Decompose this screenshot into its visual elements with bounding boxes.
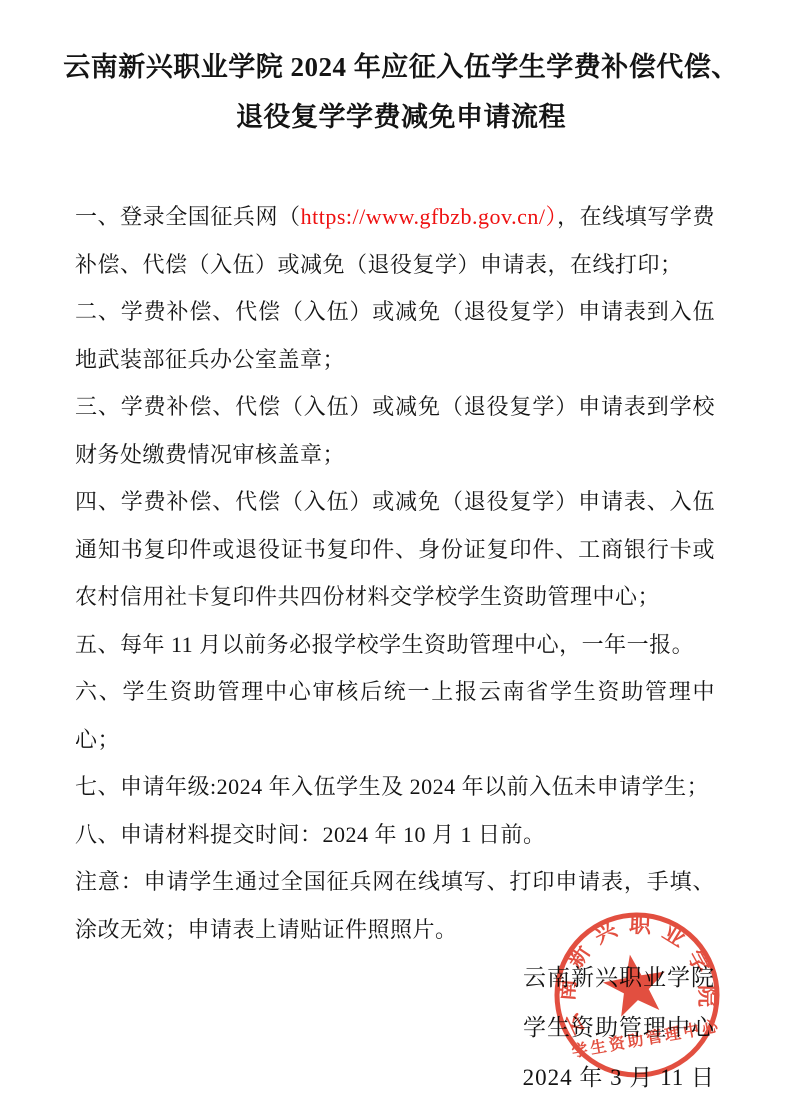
text-run: 注意：申请学生通过全国征兵网在线填写、打印申请表，手填、涂改无效；申请表上请贴证… xyxy=(75,869,715,942)
signature-org: 云南新兴职业学院 xyxy=(75,953,715,1003)
text-run: 五、每年 11 月以前务必报学校学生资助管理中心，一年一报。 xyxy=(75,632,694,657)
paragraph-list: 一、登录全国征兵网（https://www.gfbzb.gov.cn/），在线填… xyxy=(75,193,715,953)
paragraph: 六、学生资助管理中心审核后统一上报云南省学生资助管理中心； xyxy=(75,668,715,763)
url-text: https://www.gfbzb.gov.cn/） xyxy=(301,204,558,229)
paragraph: 五、每年 11 月以前务必报学校学生资助管理中心，一年一报。 xyxy=(75,621,715,669)
text-run: 六、学生资助管理中心审核后统一上报云南省学生资助管理中心； xyxy=(75,679,715,752)
text-run: 三、学费补偿、代偿（入伍）或减免（退役复学）申请表到学校财务处缴费情况审核盖章； xyxy=(75,394,715,467)
paragraph: 七、申请年级:2024 年入伍学生及 2024 年以前入伍未申请学生； xyxy=(75,763,715,811)
signature-dept: 学生资助管理中心 xyxy=(75,1003,715,1053)
paragraph: 二、学费补偿、代偿（入伍）或减免（退役复学）申请表到入伍地武装部征兵办公室盖章； xyxy=(75,288,715,383)
document-page: { "document": { "title": "云南新兴职业学院 2024 … xyxy=(0,0,800,1105)
paragraph: 八、申请材料提交时间：2024 年 10 月 1 日前。 xyxy=(75,811,715,859)
text-run: 二、学费补偿、代偿（入伍）或减免（退役复学）申请表到入伍地武装部征兵办公室盖章； xyxy=(75,299,715,372)
paragraph: 一、登录全国征兵网（https://www.gfbzb.gov.cn/），在线填… xyxy=(75,193,715,288)
paragraph: 三、学费补偿、代偿（入伍）或减免（退役复学）申请表到学校财务处缴费情况审核盖章； xyxy=(75,383,715,478)
text-run: 一、登录全国征兵网（ xyxy=(75,204,301,229)
signature-date: 2024 年 3 月 11 日 xyxy=(75,1053,715,1103)
paragraph: 四、学费补偿、代偿（入伍）或减免（退役复学）申请表、入伍通知书复印件或退役证书复… xyxy=(75,478,715,621)
document-title: 云南新兴职业学院 2024 年应征入伍学生学费补偿代偿、退役复学学费减免申请流程 xyxy=(61,42,741,142)
document-body: 云南新兴职业学院 2024 年应征入伍学生学费补偿代偿、退役复学学费减免申请流程… xyxy=(0,0,800,1103)
text-run: 四、学费补偿、代偿（入伍）或减免（退役复学）申请表、入伍通知书复印件或退役证书复… xyxy=(75,489,715,609)
signature-block: 云南新兴职业学院 学生资助管理中心 2024 年 3 月 11 日 xyxy=(75,953,715,1103)
paragraph: 注意：申请学生通过全国征兵网在线填写、打印申请表，手填、涂改无效；申请表上请贴证… xyxy=(75,858,715,953)
text-run: 七、申请年级:2024 年入伍学生及 2024 年以前入伍未申请学生； xyxy=(75,774,709,799)
text-run: 八、申请材料提交时间：2024 年 10 月 1 日前。 xyxy=(75,822,546,847)
